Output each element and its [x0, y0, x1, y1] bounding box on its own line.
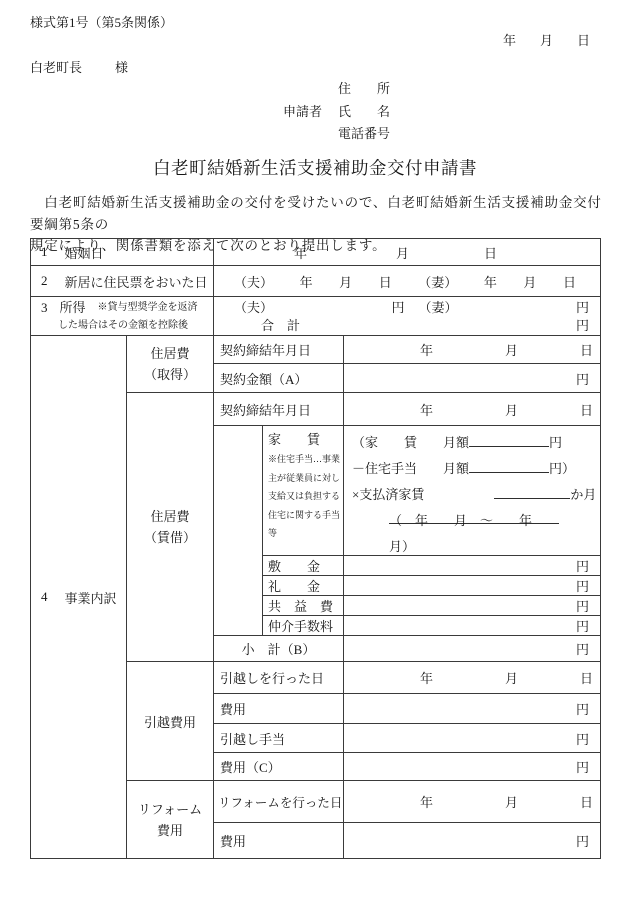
applicant-spacer	[283, 123, 338, 146]
yen-label: 円	[576, 556, 589, 575]
income-note-line1: ※貸与型奨学金を返済	[98, 299, 198, 317]
yen-label: 円	[576, 369, 589, 388]
yen-label: 円	[576, 616, 589, 635]
rent-monthly-label: （家 賃 月額	[352, 435, 469, 450]
renovation-date-label-cell: リフォームを行った日	[214, 781, 344, 823]
subtotal-b-value-cell: 円	[344, 636, 601, 662]
document-title: 白老町結婚新生活支援補助金交付申請書	[0, 155, 630, 180]
application-table: 1 婚姻日 年 月 日 2 新居に住民票をおいた日 （夫） 年 月 日 （妻） …	[30, 238, 601, 859]
phone-label: 電話番号	[338, 123, 390, 146]
period-fill-line: （ 年 月 ～ 年 月）	[389, 508, 559, 524]
deposit-label-cell: 敷 金	[263, 556, 344, 576]
marriage-date-label-cell: 1 婚姻日	[31, 239, 214, 266]
addressee-name: 白老町長	[30, 57, 82, 76]
day-label: 日	[563, 272, 576, 291]
renovation-date-value-cell: 年 月 日	[344, 781, 601, 823]
yen-label: 円	[391, 299, 404, 317]
purchase-contract-date-label-cell: 契約締結年月日	[214, 336, 344, 364]
month-label: 月	[339, 272, 352, 291]
year-label: 年	[420, 340, 433, 359]
moving-category-cell: 引越費用	[127, 662, 214, 781]
breakdown-label-cell: 4 事業内訳	[31, 336, 127, 859]
row-number: 1	[41, 244, 48, 260]
form-number: 様式第1号（第5条関係）	[30, 12, 173, 31]
row-number: 3	[41, 299, 48, 317]
applicant-address-row: 住 所	[283, 78, 390, 101]
year-label: 年	[484, 272, 497, 291]
header-date-line: 年 月 日	[503, 30, 590, 49]
addressee-honorific: 様	[115, 57, 128, 76]
rent-label-cell: 家 賃 ※住宅手当…事業 主が従業員に対し 支給又は負担する 住宅に関する手当 …	[263, 426, 344, 556]
category-line2: （取得）	[144, 364, 196, 385]
wife-label: （妻）	[418, 272, 457, 291]
category-line2: 費用	[157, 820, 183, 841]
day-label: 日	[580, 400, 593, 419]
category-line1: 住居費	[150, 343, 189, 364]
marriage-date-value-cell: 年 月 日	[214, 239, 601, 266]
applicant-label: 申請者	[283, 101, 338, 124]
rent-note-line5: 等	[268, 524, 340, 543]
yen-label: 円	[576, 317, 589, 335]
rent-left-spacer-cell	[214, 426, 263, 636]
moving-cost-label-cell: 費用	[214, 694, 344, 724]
rental-contract-date-value-cell: 年 月 日	[344, 393, 601, 426]
fill-line	[494, 486, 570, 499]
row-label: 新居に住民票をおいた日	[65, 272, 208, 291]
year-label: 年	[294, 243, 307, 262]
agency-fee-label-cell: 仲介手数料	[263, 616, 344, 636]
applicant-block: 住 所 申請者 氏 名 電話番号	[283, 78, 390, 146]
income-label-cell: 3 所得 ※貸与型奨学金を返済 した場合はその金額を控除後	[31, 297, 214, 336]
yen-label: 円	[576, 299, 589, 317]
rent-note-line2: 主が従業員に対し	[268, 469, 340, 488]
renovation-cost-value-cell: 円	[344, 823, 601, 859]
wife-label: （妻）	[419, 299, 458, 317]
husband-label: （夫）	[234, 299, 273, 317]
year-label: 年	[420, 400, 433, 419]
deposit-value-cell: 円	[344, 556, 601, 576]
month-label: 月	[505, 792, 518, 811]
year-label: 年	[420, 668, 433, 687]
rent-calc-line2: －住宅手当 月額円）	[352, 456, 600, 482]
yen-label: 円	[576, 576, 589, 595]
rent-note-line1: ※住宅手当…事業	[268, 450, 340, 469]
month-label: 月	[505, 668, 518, 687]
total-label: 合 計	[261, 317, 300, 335]
purchase-contract-amount-label-cell: 契約金額（A）	[214, 364, 344, 393]
fill-line	[469, 460, 549, 473]
subtotal-b-label-cell: 小 計（B）	[214, 636, 344, 662]
rent-note-line4: 住宅に関する手当	[268, 506, 340, 525]
yen-label: 円	[576, 639, 589, 658]
renovation-category-cell: リフォーム 費用	[127, 781, 214, 859]
yen-label: 円	[549, 435, 562, 450]
day-label: 日	[580, 668, 593, 687]
agency-fee-value-cell: 円	[344, 616, 601, 636]
row-number: 2	[41, 273, 48, 289]
day-label: 日	[484, 243, 497, 262]
application-form-page: 様式第1号（第5条関係） 年 月 日 白老町長 様 住 所 申請者 氏 名 電話…	[0, 0, 630, 903]
renovation-cost-label-cell: 費用	[214, 823, 344, 859]
intro-line-1: 白老町結婚新生活支援補助金の交付を受けたいので、白老町結婚新生活支援補助金交付要…	[30, 192, 602, 235]
housing-rental-category-cell: 住居費 （賃借）	[127, 393, 214, 662]
month-label: 月	[505, 340, 518, 359]
applicant-spacer	[283, 78, 338, 101]
paid-rent-label: ×支払済家賃	[352, 487, 424, 502]
moving-allowance-value-cell: 円	[344, 724, 601, 753]
address-label: 住 所	[338, 78, 390, 101]
name-label: 氏 名	[338, 101, 390, 124]
header-year-label: 年	[503, 30, 516, 49]
row-label: 事業内訳	[65, 588, 117, 607]
moving-cost-c-value-cell: 円	[344, 753, 601, 781]
rent-calc-line4: （ 年 月 ～ 年 月）	[352, 508, 600, 556]
key-money-value-cell: 円	[344, 576, 601, 596]
row-number: 4	[41, 589, 48, 605]
moving-date-value-cell: 年 月 日	[344, 662, 601, 694]
purchase-contract-date-value-cell: 年 月 日	[344, 336, 601, 364]
day-label: 日	[580, 792, 593, 811]
rent-note-line3: 支給又は負担する	[268, 487, 340, 506]
income-note-line2: した場合はその金額を控除後	[31, 317, 213, 335]
moving-cost-value-cell: 円	[344, 694, 601, 724]
row-label: 婚姻日	[65, 243, 104, 262]
applicant-phone-row: 電話番号	[283, 123, 390, 146]
header-month-label: 月	[540, 30, 553, 49]
yen-label: 円	[576, 596, 589, 615]
purchase-contract-amount-value-cell: 円	[344, 364, 601, 393]
moving-cost-c-label-cell: 費用（C）	[214, 753, 344, 781]
common-fee-value-cell: 円	[344, 596, 601, 616]
year-label: 年	[300, 272, 313, 291]
rental-contract-date-label-cell: 契約締結年月日	[214, 393, 344, 426]
day-label: 日	[580, 340, 593, 359]
residence-date-value-cell: （夫） 年 月 日 （妻） 年 月 日	[214, 266, 601, 297]
day-label: 日	[379, 272, 392, 291]
row-label: 所得	[60, 299, 86, 317]
year-label: 年	[420, 792, 433, 811]
applicant-name-row: 申請者 氏 名	[283, 101, 390, 124]
moving-allowance-label-cell: 引越し手当	[214, 724, 344, 753]
fill-space	[300, 317, 576, 335]
yen-label: 円	[576, 757, 589, 776]
months-label: か月	[570, 487, 596, 502]
rent-label: 家 賃	[268, 429, 340, 448]
category-line1: 住居費	[150, 506, 189, 527]
rent-calc-line1: （家 賃 月額円	[352, 430, 600, 456]
category-line2: （賃借）	[144, 527, 196, 548]
residence-date-label-cell: 2 新居に住民票をおいた日	[31, 266, 214, 297]
key-money-label-cell: 礼 金	[263, 576, 344, 596]
rent-calc-cell: （家 賃 月額円 －住宅手当 月額円） ×支払済家賃か月 （ 年 月 ～ 年 月…	[344, 426, 601, 556]
month-label: 月	[505, 400, 518, 419]
header-day-label: 日	[577, 30, 590, 49]
fill-line	[469, 434, 549, 447]
common-fee-label-cell: 共 益 費	[263, 596, 344, 616]
category-line1: リフォーム	[138, 799, 202, 820]
addressee-line: 白老町長 様	[30, 57, 128, 76]
yen-label: 円	[576, 699, 589, 718]
yen-label: 円	[576, 831, 589, 850]
housing-allowance-label: －住宅手当 月額	[352, 461, 469, 476]
yen-label: 円	[576, 729, 589, 748]
rent-calc-line3: ×支払済家賃か月	[352, 482, 600, 508]
month-label: 月	[523, 272, 536, 291]
husband-label: （夫）	[234, 272, 273, 291]
income-value-cell: （夫） 円 （妻） 円 合 計 円	[214, 297, 601, 336]
moving-date-label-cell: 引越しを行った日	[214, 662, 344, 694]
yen-label: 円）	[549, 461, 575, 476]
housing-purchase-category-cell: 住居費 （取得）	[127, 336, 214, 393]
month-label: 月	[396, 243, 409, 262]
